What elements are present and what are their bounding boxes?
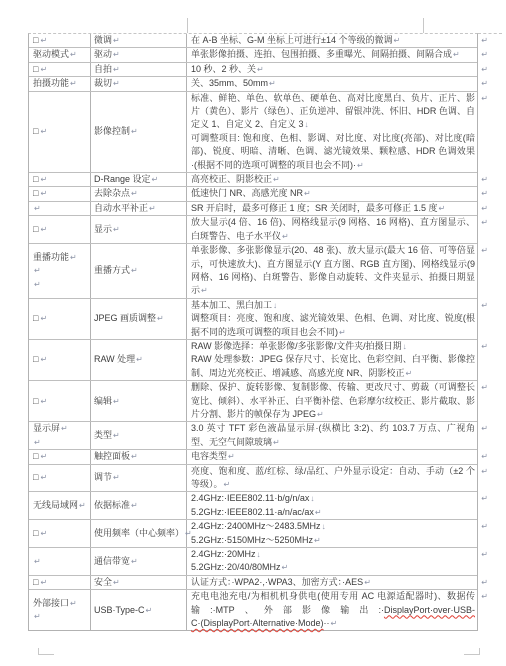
value-cell[interactable]: 删除、保护、旋转影像、复制影像、传输、更改尺寸、剪裁（可调整长宽比、倾斜）、水平… [187, 381, 477, 421]
table-row: □↵自拍↵10 秒、2 秒、关↵↵ [29, 63, 477, 77]
value-text: ·· [324, 618, 330, 628]
pilcrow-mark: ↵ [130, 266, 138, 275]
label-cell[interactable]: 触控面板↵ [91, 450, 187, 463]
feature-label: JPEG 画质调整 [94, 313, 156, 323]
feature-label: 去除杂点 [94, 188, 130, 198]
pilcrow-mark: ↵ [156, 314, 164, 323]
category-cell[interactable]: 驱动模式↵ [29, 48, 91, 61]
value-paragraph: 电容类型↵ [191, 450, 475, 463]
table-row: □↵编辑↵删除、保护、旋转影像、复制影像、传输、更改尺寸、剪裁（可调整长宽比、倾… [29, 381, 477, 422]
table-row: □↵调节↵亮度、饱和度、蓝/红棕、绿/品红、户外显示设定：自动、手动（±2 个等… [29, 465, 477, 493]
category-cell[interactable]: 拍摄功能↵ [29, 77, 91, 90]
label-cell[interactable]: RAW 处理↵ [91, 340, 187, 380]
row-end-mark: ↵ [481, 520, 488, 533]
pilcrow-mark: ↵ [39, 355, 47, 364]
category-cell[interactable]: □↵ [29, 63, 91, 76]
pilcrow-mark: ↵ [112, 397, 120, 406]
category-cell[interactable]: □↵ [29, 520, 91, 547]
pilcrow-mark: ↵ [33, 557, 41, 566]
value-text: RAW 影像选择：单张影像/多张影像/文件夹/拍摄日期 [191, 341, 402, 351]
pilcrow-mark: ↵ [39, 127, 47, 136]
linebreak-mark: ↓ [256, 550, 261, 559]
pilcrow-mark: ↵ [130, 557, 138, 566]
pilcrow-mark: ↵ [338, 328, 346, 337]
pilcrow-mark: ↵ [151, 175, 159, 184]
value-text: 3.0 英寸 TFT 彩色液晶显示屏·(纵横比 3:2)、约 103.7 万点、… [191, 423, 475, 446]
row-end-mark: ↵ [481, 63, 488, 76]
label-cell[interactable]: 驱动↵ [91, 48, 187, 61]
category-cell[interactable]: 外部接口↵↵ [29, 590, 91, 630]
category-cell[interactable]: □↵ [29, 340, 91, 380]
value-paragraph: 在 A-B 坐标、G-M 坐标上可进行±14 个等级的微调↵ [191, 34, 475, 47]
value-paragraph: 5.2GHz:·IEEE802.11·a/n/ac/ax↵ [191, 506, 475, 519]
linebreak-mark: ↓ [272, 301, 277, 310]
pilcrow-mark: ↵ [39, 578, 47, 587]
category-cell[interactable]: ↵ [29, 202, 91, 215]
value-text: 10 秒、2 秒、关 [191, 64, 256, 74]
feature-label: 影像控制 [94, 126, 130, 136]
value-text: 在 A-B 坐标、G-M 坐标上可进行±14 个等级的微调 [191, 35, 392, 45]
pilcrow-mark: ↵ [112, 50, 120, 59]
label-cell[interactable]: USB·Type-C↵ [91, 590, 187, 630]
value-text: 可调整项目: 饱和度、色相、影调、对比度、对比度(亮部)、对比度(暗部)、锐度、… [191, 133, 475, 170]
category-label: 重播功能 [33, 252, 69, 262]
category-cell[interactable]: □↵ [29, 465, 91, 492]
pilcrow-mark: ↵ [39, 397, 47, 406]
category-cell[interactable]: □↵ [29, 576, 91, 589]
value-text: 亮度、饱和度、蓝/红棕、绿/品红、户外显示设定：自动、手动（±2 个等级）。 [191, 466, 475, 489]
value-paragraph: 标准、鲜艳、单色、软单色、硬单色、高对比度黑白、负片、正片、影片（黄色）、影片（… [191, 92, 475, 132]
row-end-mark: ↵ [481, 299, 488, 312]
feature-label: 编辑 [94, 396, 112, 406]
pilcrow-mark: ↵ [39, 473, 47, 482]
value-text: 2.4GHz:·IEEE802.11·b/g/n/ax [191, 493, 309, 503]
pilcrow-mark: ↵ [39, 225, 47, 234]
value-cell[interactable]: 低速快门 NR、高感光度 NR↵ [187, 187, 477, 200]
value-cell[interactable]: 关、35mm、50mm↵ [187, 77, 477, 90]
pilcrow-mark: ↵ [39, 36, 47, 45]
label-cell[interactable]: 自拍↵ [91, 63, 187, 76]
row-end-mark: ↵ [481, 173, 488, 186]
pilcrow-mark: ↵ [39, 189, 47, 198]
value-text: 基本加工、黑白加工 [191, 300, 272, 310]
label-cell[interactable]: 类型↵ [91, 422, 187, 449]
category-label: 显示屏 [33, 423, 60, 433]
text-boundary-mark [464, 654, 480, 655]
pilcrow-mark: ↵ [148, 204, 156, 213]
value-paragraph: 高亮校正、阴影校正↵ [191, 173, 475, 186]
row-end-mark: ↵ [481, 422, 488, 435]
pilcrow-mark: ↵ [112, 79, 120, 88]
row-end-mark: ↵ [481, 548, 488, 561]
value-text: 2.4GHz:·20MHz [191, 549, 256, 559]
value-paragraph: RAW 影像选择：单张影像/多张影像/文件夹/拍摄日期↓ [191, 340, 475, 353]
row-end-mark: ↵ [481, 340, 488, 353]
value-cell[interactable]: 单张影像、多张影像显示(20、48 张)、放大显示(最大 16 倍、可等倍显示，… [187, 244, 477, 298]
text-boundary-mark [38, 654, 54, 655]
linebreak-mark: ↓ [309, 494, 314, 503]
text-boundary-mark [479, 648, 480, 655]
value-cell[interactable]: RAW 影像选择：单张影像/多张影像/文件夹/拍摄日期↓RAW 处理参数：JPE… [187, 340, 477, 380]
label-cell[interactable]: 调节↵ [91, 465, 187, 492]
value-cell[interactable]: 3.0 英寸 TFT 彩色液晶显示屏·(纵横比 3:2)、约 103.7 万点、… [187, 422, 477, 449]
value-cell[interactable]: 标准、鲜艳、单色、软单色、硬单色、高对比度黑白、负片、正片、影片（黄色）、影片（… [187, 92, 477, 172]
pilcrow-mark: ↵ [78, 501, 86, 510]
value-cell[interactable]: 认证方式：·WPA2·,·WPA3、加密方式：·AES↵ [187, 576, 477, 589]
value-cell[interactable]: 放大显示(4 倍、16 倍)、网格线显示(9 网格、16 网格)、直方图显示、白… [187, 216, 477, 243]
pilcrow-mark: ↵ [33, 612, 41, 621]
value-cell[interactable]: 10 秒、2 秒、关↵ [187, 63, 477, 76]
pilcrow-mark: ↵ [256, 65, 264, 74]
value-paragraph: 2.4GHz:·20MHz↓ [191, 548, 475, 561]
pilcrow-mark: ↵ [135, 355, 143, 364]
pilcrow-mark: ↵ [39, 175, 47, 184]
pilcrow-mark: ↵ [39, 529, 47, 538]
table-row: 拍摄功能↵裁切↵关、35mm、50mm↵↵ [29, 77, 477, 91]
pilcrow-mark: ↵ [130, 452, 138, 461]
value-text: 5.2GHz:·IEEE802.11·a/n/ac/ax [191, 507, 314, 517]
feature-label: 微调 [94, 35, 112, 45]
value-text: 标准、鲜艳、单色、软单色、硬单色、高对比度黑白、负片、正片、影片（黄色）、影片（… [191, 93, 475, 130]
value-paragraph: 3.0 英寸 TFT 彩色液晶显示屏·(纵横比 3:2)、约 103.7 万点、… [191, 422, 475, 449]
label-cell[interactable]: 影像控制↵ [91, 92, 187, 172]
value-text: RAW 处理参数：JPEG 保存尺寸、长宽比、色彩空间、白平衡、影像控制、周边光… [191, 354, 475, 377]
pilcrow-mark: ↵ [303, 189, 311, 198]
value-paragraph: 单张影像拍摄、连拍、包围拍摄、多重曝光、间隔拍摄、间隔合成↵ [191, 48, 475, 61]
feature-label: 通信带宽 [94, 556, 130, 566]
feature-label: 类型 [94, 430, 112, 440]
pilcrow-mark: ↵ [112, 431, 120, 440]
feature-label: 依据标准 [94, 500, 130, 510]
pilcrow-mark: ↵ [39, 314, 47, 323]
value-paragraph: 充电电池充电/为相机机身供电(使用专用 AC 电源适配器时)、数据传输:·MTP… [191, 590, 475, 630]
value-paragraph: SR 开启时，最多可修正 1 度；SR 关闭时，最多可修正 1.5 度↵ [191, 202, 475, 215]
category-label: 无线局域网 [33, 500, 78, 510]
pilcrow-mark: ↵ [69, 50, 77, 59]
table-row: □↵使用频率（中心频率）↵2.4GHz:·2400MHz～2483.5MHz↓5… [29, 520, 477, 548]
feature-label: 触控面板 [94, 451, 130, 461]
pilcrow-mark: ↵ [281, 232, 289, 241]
pilcrow-mark: ↵ [272, 175, 280, 184]
value-paragraph: 放大显示(4 倍、16 倍)、网格线显示(9 网格、16 网格)、直方图显示、白… [191, 216, 475, 243]
category-cell[interactable]: 无线局域网↵ [29, 492, 91, 519]
table-row: □↵安全↵认证方式：·WPA2·,·WPA3、加密方式：·AES↵↵ [29, 576, 477, 590]
category-cell[interactable]: □↵ [29, 187, 91, 200]
category-cell[interactable]: 重播功能↵↵↵ [29, 244, 91, 298]
text-boundary-mark [187, 18, 188, 33]
label-cell[interactable]: 自动水平补正↵ [91, 202, 187, 215]
category-label: 拍摄功能 [33, 78, 69, 88]
category-cell[interactable]: ↵ [29, 548, 91, 575]
spec-table: □↵微调↵在 A-B 坐标、G-M 坐标上可进行±14 个等级的微调↵↵驱动模式… [28, 33, 478, 631]
category-cell[interactable]: □↵ [29, 173, 91, 186]
value-paragraph: 5.2GHz:·5150MHz～5250MHz↵ [191, 534, 475, 547]
category-cell[interactable]: □↵ [29, 92, 91, 172]
value-cell[interactable]: SR 开启时，最多可修正 1 度；SR 关闭时，最多可修正 1.5 度↵ [187, 202, 477, 215]
label-cell[interactable]: JPEG 画质调整↵ [91, 299, 187, 339]
pilcrow-mark: ↵ [33, 204, 41, 213]
text-boundary-mark [423, 18, 424, 33]
value-paragraph: 调整项目：亮度、饱和度、滤光镜效果、色相、色调、对比度、锐度(根据不同的选项可调… [191, 312, 475, 339]
pilcrow-mark: ↵ [223, 480, 231, 489]
feature-label: 自拍 [94, 64, 112, 74]
value-text: 认证方式：·WPA2·,·WPA3、加密方式：·AES [191, 577, 363, 587]
label-cell[interactable]: 通信带宽↵ [91, 548, 187, 575]
category-cell[interactable]: □↵ [29, 450, 91, 463]
pilcrow-mark: ↵ [272, 438, 280, 447]
row-end-mark: ↵ [481, 590, 488, 603]
table-row: ↵通信带宽↵2.4GHz:·20MHz↓5.2GHz:·20/40/80MHz↵… [29, 548, 477, 576]
value-text: 2.4GHz:·2400MHz～2483.5MHz [191, 521, 321, 531]
label-cell[interactable]: 编辑↵ [91, 381, 187, 421]
pilcrow-mark: ↵ [268, 79, 276, 88]
value-paragraph: 单张影像、多张影像显示(20、48 张)、放大显示(最大 16 倍、可等倍显示，… [191, 244, 475, 298]
value-paragraph: 基本加工、黑白加工↓ [191, 299, 475, 312]
table-row: □↵RAW 处理↵RAW 影像选择：单张影像/多张影像/文件夹/拍摄日期↓RAW… [29, 340, 477, 381]
value-text: 删除、保护、旋转影像、复制影像、传输、更改尺寸、剪裁（可调整长宽比、倾斜）、水平… [191, 382, 475, 419]
table-row: 无线局域网↵依据标准↵2.4GHz:·IEEE802.11·b/g/n/ax↓5… [29, 492, 477, 520]
feature-label: 驱动 [94, 49, 112, 59]
category-cell[interactable]: □↵ [29, 381, 91, 421]
table-row: □↵D-Range 设定↵高亮校正、阴影校正↵↵ [29, 173, 477, 187]
category-cell[interactable]: □↵ [29, 299, 91, 339]
value-cell[interactable]: 2.4GHz:·20MHz↓5.2GHz:·20/40/80MHz↵ [187, 548, 477, 575]
value-text: 高亮校正、阴影校正 [191, 174, 272, 184]
row-end-mark: ↵ [481, 381, 488, 394]
row-end-mark: ↵ [481, 202, 488, 215]
value-cell[interactable]: 2.4GHz:·2400MHz～2483.5MHz↓5.2GHz:·5150MH… [187, 520, 477, 547]
value-paragraph: 关、35mm、50mm↵ [191, 77, 475, 90]
row-end-mark: ↵ [481, 187, 488, 200]
value-paragraph: 2.4GHz:·2400MHz～2483.5MHz↓ [191, 520, 475, 533]
value-cell[interactable]: 在 A-B 坐标、G-M 坐标上可进行±14 个等级的微调↵ [187, 34, 477, 47]
table-row: □↵微调↵在 A-B 坐标、G-M 坐标上可进行±14 个等级的微调↵↵ [29, 34, 477, 48]
label-cell[interactable]: 依据标准↵ [91, 492, 187, 519]
value-text: 5.2GHz:·5150MHz～5250MHz [191, 535, 313, 545]
pilcrow-mark: ↵ [33, 438, 41, 447]
pilcrow-mark: ↵ [69, 599, 77, 608]
value-text: 调整项目：亮度、饱和度、滤光镜效果、色相、色调、对比度、锐度(根据不同的选项可调… [191, 313, 475, 336]
row-end-mark: ↵ [481, 48, 488, 61]
pilcrow-mark: ↵ [33, 266, 41, 275]
pilcrow-mark: ↵ [438, 204, 446, 213]
value-paragraph: 10 秒、2 秒、关↵ [191, 63, 475, 76]
value-paragraph: 亮度、饱和度、蓝/红棕、绿/品红、户外显示设定：自动、手动（±2 个等级）。↵ [191, 465, 475, 492]
value-text: 低速快门 NR、高感光度 NR [191, 188, 303, 198]
value-text: 单张影像拍摄、连拍、包围拍摄、多重曝光、间隔拍摄、间隔合成 [191, 49, 452, 59]
value-text: 5.2GHz:·20/40/80MHz [191, 562, 281, 572]
value-text: 放大显示(4 倍、16 倍)、网格线显示(9 网格、16 网格)、直方图显示、白… [191, 217, 475, 240]
row-end-mark: ↵ [481, 34, 488, 47]
pilcrow-mark: ↵ [281, 563, 289, 572]
value-text: 关、35mm、50mm [191, 78, 268, 88]
value-text: 单张影像、多张影像显示(20、48 张)、放大显示(最大 16 倍、可等倍显示，… [191, 245, 475, 295]
pilcrow-mark: ↵ [112, 578, 120, 587]
pilcrow-mark: ↵ [314, 508, 322, 517]
table-row: □↵显示↵放大显示(4 倍、16 倍)、网格线显示(9 网格、16 网格)、直方… [29, 216, 477, 244]
label-cell[interactable]: 使用频率（中心频率）↵ [91, 520, 187, 547]
value-cell[interactable]: 高亮校正、阴影校正↵ [187, 173, 477, 186]
table-row: □↵去除杂点↵低速快门 NR、高感光度 NR↵↵ [29, 187, 477, 201]
pilcrow-mark: ↵ [356, 161, 364, 170]
category-label: 外部接口 [33, 598, 69, 608]
row-end-mark: ↵ [481, 465, 488, 478]
pilcrow-mark: ↵ [112, 36, 120, 45]
feature-label: 重播方式 [94, 265, 130, 275]
category-label: 驱动模式 [33, 49, 69, 59]
value-cell[interactable]: 基本加工、黑白加工↓调整项目：亮度、饱和度、滤光镜效果、色相、色调、对比度、锐度… [187, 299, 477, 339]
feature-label: D-Range 设定 [94, 174, 151, 184]
pilcrow-mark: ↵ [33, 280, 41, 289]
pilcrow-mark: ↵ [112, 65, 120, 74]
category-cell[interactable]: □↵ [29, 34, 91, 47]
pilcrow-mark: ↵ [363, 578, 371, 587]
pilcrow-mark: ↵ [39, 65, 47, 74]
pilcrow-mark: ↵ [452, 50, 460, 59]
pilcrow-mark: ↵ [392, 36, 400, 45]
feature-label: RAW 处理 [94, 354, 135, 364]
pilcrow-mark: ↵ [69, 253, 77, 262]
feature-label: 自动水平补正 [94, 203, 148, 213]
pilcrow-mark: ↵ [112, 473, 120, 482]
feature-label: 使用频率（中心频率） [94, 528, 184, 538]
row-end-mark: ↵ [481, 492, 488, 505]
pilcrow-mark: ↵ [130, 127, 138, 136]
pilcrow-mark: ↵ [130, 189, 138, 198]
feature-label: 安全 [94, 577, 112, 587]
table-row: □↵JPEG 画质调整↵基本加工、黑白加工↓调整项目：亮度、饱和度、滤光镜效果、… [29, 299, 477, 340]
row-end-mark: ↵ [481, 450, 488, 463]
value-cell[interactable]: 电容类型↵ [187, 450, 477, 463]
value-paragraph: 认证方式：·WPA2·,·WPA3、加密方式：·AES↵ [191, 576, 475, 589]
pilcrow-mark: ↵ [330, 619, 338, 628]
feature-label: USB·Type-C [94, 605, 145, 615]
label-cell[interactable]: 重播方式↵ [91, 244, 187, 298]
category-cell[interactable]: 显示屏↵↵ [29, 422, 91, 449]
table-row: 显示屏↵↵类型↵3.0 英寸 TFT 彩色液晶显示屏·(纵横比 3:2)、约 1… [29, 422, 477, 450]
pilcrow-mark: ↵ [39, 452, 47, 461]
table-row: 驱动模式↵驱动↵单张影像拍摄、连拍、包围拍摄、多重曝光、间隔拍摄、间隔合成↵↵ [29, 48, 477, 62]
label-cell[interactable]: 安全↵ [91, 576, 187, 589]
value-cell[interactable]: 亮度、饱和度、蓝/红棕、绿/品红、户外显示设定：自动、手动（±2 个等级）。↵ [187, 465, 477, 492]
value-cell[interactable]: 单张影像拍摄、连拍、包围拍摄、多重曝光、间隔拍摄、间隔合成↵ [187, 48, 477, 61]
pilcrow-mark: ↵ [112, 225, 120, 234]
label-cell[interactable]: 去除杂点↵ [91, 187, 187, 200]
label-cell[interactable]: 显示↵ [91, 216, 187, 243]
pilcrow-mark: ↵ [227, 452, 235, 461]
pilcrow-mark: ↵ [60, 424, 68, 433]
label-cell[interactable]: 裁切↵ [91, 77, 187, 90]
linebreak-mark: ↓ [304, 120, 309, 129]
feature-label: 显示 [94, 224, 112, 234]
value-paragraph: 删除、保护、旋转影像、复制影像、传输、更改尺寸、剪裁（可调整长宽比、倾斜）、水平… [191, 381, 475, 421]
feature-label: 调节 [94, 472, 112, 482]
pilcrow-mark: ↵ [405, 369, 413, 378]
linebreak-mark: ↓ [402, 342, 407, 351]
label-cell[interactable]: D-Range 设定↵ [91, 173, 187, 186]
value-paragraph: 5.2GHz:·20/40/80MHz↵ [191, 561, 475, 574]
table-row: 重播功能↵↵↵重播方式↵单张影像、多张影像显示(20、48 张)、放大显示(最大… [29, 244, 477, 299]
linebreak-mark: ↓ [321, 522, 326, 531]
pilcrow-mark: ↵ [69, 79, 77, 88]
table-row: 外部接口↵↵USB·Type-C↵充电电池充电/为相机机身供电(使用专用 AC … [29, 590, 477, 630]
document-page: □↵微调↵在 A-B 坐标、G-M 坐标上可进行±14 个等级的微调↵↵驱动模式… [0, 0, 506, 666]
table-row: □↵触控面板↵电容类型↵↵ [29, 450, 477, 464]
value-text: SR 开启时，最多可修正 1 度；SR 关闭时，最多可修正 1.5 度 [191, 203, 438, 213]
value-cell[interactable]: 2.4GHz:·IEEE802.11·b/g/n/ax↓5.2GHz:·IEEE… [187, 492, 477, 519]
pilcrow-mark: ↵ [145, 606, 153, 615]
row-end-mark: ↵ [481, 244, 488, 257]
table-row: □↵影像控制↵标准、鲜艳、单色、软单色、硬单色、高对比度黑白、负片、正片、影片（… [29, 92, 477, 173]
label-cell[interactable]: 微调↵ [91, 34, 187, 47]
pilcrow-mark: ↵ [316, 410, 324, 419]
row-end-mark: ↵ [481, 92, 488, 105]
pilcrow-mark: ↵ [313, 536, 321, 545]
value-paragraph: 可调整项目: 饱和度、色相、影调、对比度、对比度(亮部)、对比度(暗部)、锐度、… [191, 132, 475, 172]
row-end-mark: ↵ [481, 576, 488, 589]
value-paragraph: RAW 处理参数：JPEG 保存尺寸、长宽比、色彩空间、白平衡、影像控制、周边光… [191, 353, 475, 380]
pilcrow-mark: ↵ [200, 286, 208, 295]
value-paragraph: 2.4GHz:·IEEE802.11·b/g/n/ax↓ [191, 492, 475, 505]
feature-label: 裁切 [94, 78, 112, 88]
value-text: 电容类型 [191, 451, 227, 461]
pilcrow-mark: ↵ [130, 501, 138, 510]
value-paragraph: 低速快门 NR、高感光度 NR↵ [191, 187, 475, 200]
row-end-mark: ↵ [481, 216, 488, 229]
value-cell[interactable]: 充电电池充电/为相机机身供电(使用专用 AC 电源适配器时)、数据传输:·MTP… [187, 590, 477, 630]
row-end-mark: ↵ [481, 77, 488, 90]
table-row: ↵自动水平补正↵SR 开启时，最多可修正 1 度；SR 关闭时，最多可修正 1.… [29, 202, 477, 216]
category-cell[interactable]: □↵ [29, 216, 91, 243]
